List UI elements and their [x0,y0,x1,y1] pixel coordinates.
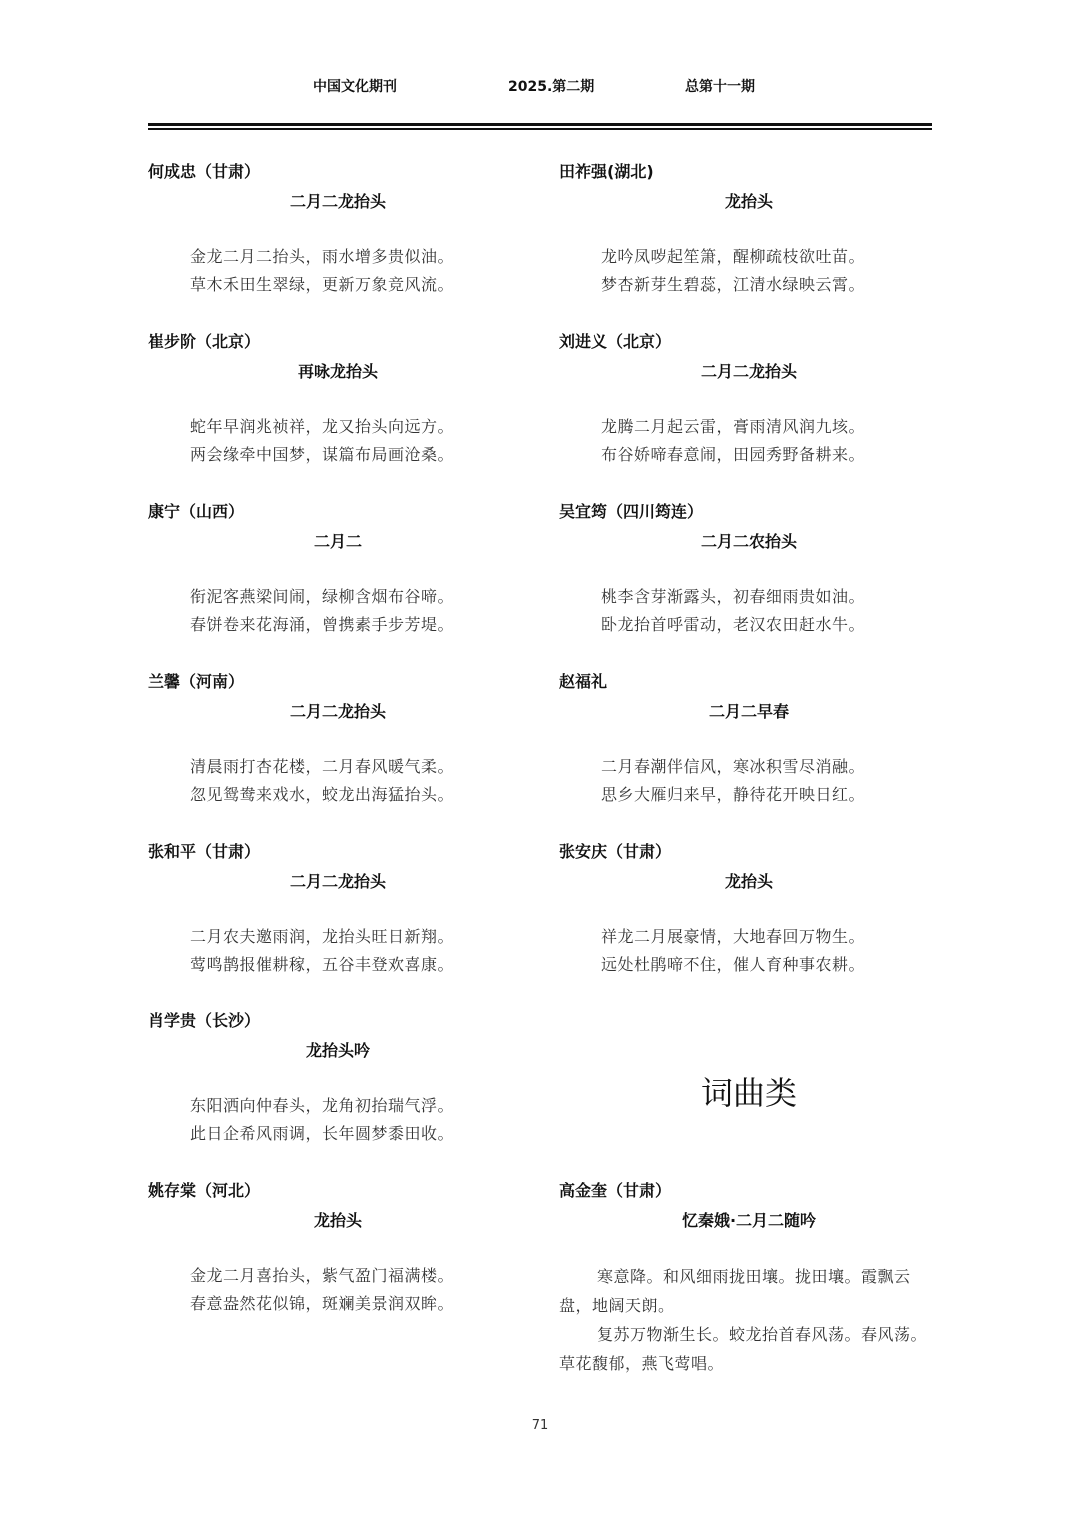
poem-line: 春饼卷来花海涌，曾携素手步芳堤。 [190,611,528,639]
poem-entry: 张安庆（甘肃） 龙抬头 祥龙二月展豪情，大地春回万物生。 远处杜鹃啼不住，催人育… [559,840,939,979]
poem-lines: 金龙二月喜抬头，紫气盈门福满楼。 春意盎然花似锦，斑斓美景润双眸。 [148,1262,528,1318]
poem-line: 东阳洒向仲春头，龙角初抬瑞气浮。 [190,1092,528,1120]
poem-author: 田祚强(湖北) [559,160,939,184]
poem-title: 龙抬头 [148,1207,528,1235]
issue-number: 2025.第二期 [508,76,594,96]
poem-entry: 姚存棠（河北） 龙抬头 金龙二月喜抬头，紫气盈门福满楼。 春意盎然花似锦，斑斓美… [148,1179,528,1318]
poem-author: 兰馨（河南） [148,670,528,694]
total-issue-number: 总第十一期 [685,76,755,96]
poem-lines: 桃李含芽渐露头，初春细雨贵如油。 卧龙抬首呼雷动，老汉农田赶水牛。 [559,583,939,639]
poem-line: 衔泥客燕梁间闹，绿柳含烟布谷啼。 [190,583,528,611]
section-heading: 词曲类 [559,1068,939,1114]
poem-line: 远处杜鹃啼不住，催人育种事农耕。 [601,951,939,979]
poem-line: 祥龙二月展豪情，大地春回万物生。 [601,923,939,951]
poem-lines: 二月春潮伴信风，寒冰积雪尽消融。 思乡大雁归来早，静待花开映日红。 [559,753,939,809]
poem-line: 金龙二月二抬头，雨水增多贵似油。 [190,243,528,271]
poem-title: 龙抬头吟 [148,1037,528,1065]
poem-line: 两会缘牵中国梦，谋篇布局画沧桑。 [190,441,528,469]
poem-line: 思乡大雁归来早，静待花开映日红。 [601,781,939,809]
poem-author: 康宁（山西） [148,500,528,524]
poem-author: 张安庆（甘肃） [559,840,939,864]
poem-title: 龙抬头 [559,868,939,896]
poem-title: 二月二龙抬头 [148,698,528,726]
page-header: 中国文化期刊 2025.第二期 总第十一期 [0,76,1080,100]
poem-line: 龙吟凤哕起笙箫，醒柳疏枝欲吐苗。 [601,243,939,271]
poem-author: 何成忠（甘肃） [148,160,528,184]
poem-lines: 蛇年早润兆祯祥，龙又抬头向远方。 两会缘牵中国梦，谋篇布局画沧桑。 [148,413,528,469]
poem-paragraph: 复苏万物渐生长。蛟龙抬首春风荡。春风荡。草花馥郁，燕飞莺唱。 [559,1320,935,1378]
poem-lines: 东阳洒向仲春头，龙角初抬瑞气浮。 此日企希风雨调，长年圆梦黍田收。 [148,1092,528,1148]
poem-author: 肖学贵（长沙） [148,1009,528,1033]
poem-author: 赵福礼 [559,670,939,694]
poem-line: 桃李含芽渐露头，初春细雨贵如油。 [601,583,939,611]
poem-author: 高金奎（甘肃） [559,1179,939,1203]
poem-line: 清晨雨打杏花楼，二月春风暖气柔。 [190,753,528,781]
poem-title: 二月二龙抬头 [148,188,528,216]
poem-title: 二月二 [148,528,528,556]
poem-line: 二月农夫邀雨润，龙抬头旺日新翔。 [190,923,528,951]
poem-line: 梦杏新芽生碧蕊，江清水绿映云霄。 [601,271,939,299]
poem-line: 金龙二月喜抬头，紫气盈门福满楼。 [190,1262,528,1290]
header-rule-thin [148,128,932,130]
poem-title: 再咏龙抬头 [148,358,528,386]
poem-entry: 康宁（山西） 二月二 衔泥客燕梁间闹，绿柳含烟布谷啼。 春饼卷来花海涌，曾携素手… [148,500,528,639]
poem-entry: 赵福礼 二月二早春 二月春潮伴信风，寒冰积雪尽消融。 思乡大雁归来早，静待花开映… [559,670,939,809]
poem-title: 二月二龙抬头 [559,358,939,386]
journal-name: 中国文化期刊 [313,76,397,96]
poem-entry: 肖学贵（长沙） 龙抬头吟 东阳洒向仲春头，龙角初抬瑞气浮。 此日企希风雨调，长年… [148,1009,528,1148]
poem-entry: 田祚强(湖北) 龙抬头 龙吟凤哕起笙箫，醒柳疏枝欲吐苗。 梦杏新芽生碧蕊，江清水… [559,160,939,299]
poem-author: 姚存棠（河北） [148,1179,528,1203]
page-number: 71 [0,1418,1080,1433]
poem-entry: 高金奎（甘肃） 忆秦娥·二月二随吟 寒意降。和风细雨拢田壤。拢田壤。霞飘云盘，地… [559,1179,939,1378]
poem-lines: 清晨雨打杏花楼，二月春风暖气柔。 忽见鸳鸯来戏水，蛟龙出海猛抬头。 [148,753,528,809]
poem-line: 此日企希风雨调，长年圆梦黍田收。 [190,1120,528,1148]
poem-entry: 何成忠（甘肃） 二月二龙抬头 金龙二月二抬头，雨水增多贵似油。 草木禾田生翠绿，… [148,160,528,299]
poem-lines: 祥龙二月展豪情，大地春回万物生。 远处杜鹃啼不住，催人育种事农耕。 [559,923,939,979]
poem-entry: 吴宜筠（四川筠连） 二月二农抬头 桃李含芽渐露头，初春细雨贵如油。 卧龙抬首呼雷… [559,500,939,639]
poem-author: 刘进义（北京） [559,330,939,354]
poem-paragraph: 寒意降。和风细雨拢田壤。拢田壤。霞飘云盘，地阔天朗。 [559,1262,935,1320]
poem-lines: 龙吟凤哕起笙箫，醒柳疏枝欲吐苗。 梦杏新芽生碧蕊，江清水绿映云霄。 [559,243,939,299]
poem-line: 布谷娇啼春意闹，田园秀野备耕来。 [601,441,939,469]
poem-line: 忽见鸳鸯来戏水，蛟龙出海猛抬头。 [190,781,528,809]
poem-entry: 张和平（甘肃） 二月二龙抬头 二月农夫邀雨润，龙抬头旺日新翔。 莺鸣鹊报催耕稼，… [148,840,528,979]
poem-entry: 崔步阶（北京） 再咏龙抬头 蛇年早润兆祯祥，龙又抬头向远方。 两会缘牵中国梦，谋… [148,330,528,469]
poem-entry: 刘进义（北京） 二月二龙抬头 龙腾二月起云雷，膏雨清风润九垓。 布谷娇啼春意闹，… [559,330,939,469]
poem-line: 二月春潮伴信风，寒冰积雪尽消融。 [601,753,939,781]
poem-line: 春意盎然花似锦，斑斓美景润双眸。 [190,1290,528,1318]
poem-line: 蛇年早润兆祯祥，龙又抬头向远方。 [190,413,528,441]
poem-entry: 兰馨（河南） 二月二龙抬头 清晨雨打杏花楼，二月春风暖气柔。 忽见鸳鸯来戏水，蛟… [148,670,528,809]
poem-lines: 金龙二月二抬头，雨水增多贵似油。 草木禾田生翠绿，更新万象竞风流。 [148,243,528,299]
poem-author: 张和平（甘肃） [148,840,528,864]
poem-title: 二月二龙抬头 [148,868,528,896]
poem-title: 二月二农抬头 [559,528,939,556]
poem-line: 龙腾二月起云雷，膏雨清风润九垓。 [601,413,939,441]
poem-title: 二月二早春 [559,698,939,726]
poem-lines: 龙腾二月起云雷，膏雨清风润九垓。 布谷娇啼春意闹，田园秀野备耕来。 [559,413,939,469]
poem-line: 莺鸣鹊报催耕稼，五谷丰登欢喜康。 [190,951,528,979]
poem-lines: 衔泥客燕梁间闹，绿柳含烟布谷啼。 春饼卷来花海涌，曾携素手步芳堤。 [148,583,528,639]
poem-line: 草木禾田生翠绿，更新万象竞风流。 [190,271,528,299]
poem-title: 忆秦娥·二月二随吟 [559,1207,939,1235]
poem-line: 卧龙抬首呼雷动，老汉农田赶水牛。 [601,611,939,639]
poem-body: 寒意降。和风细雨拢田壤。拢田壤。霞飘云盘，地阔天朗。 复苏万物渐生长。蛟龙抬首春… [559,1262,935,1378]
poem-author: 崔步阶（北京） [148,330,528,354]
poem-title: 龙抬头 [559,188,939,216]
poem-lines: 二月农夫邀雨润，龙抬头旺日新翔。 莺鸣鹊报催耕稼，五谷丰登欢喜康。 [148,923,528,979]
header-rule-thick [148,123,932,126]
poem-author: 吴宜筠（四川筠连） [559,500,939,524]
